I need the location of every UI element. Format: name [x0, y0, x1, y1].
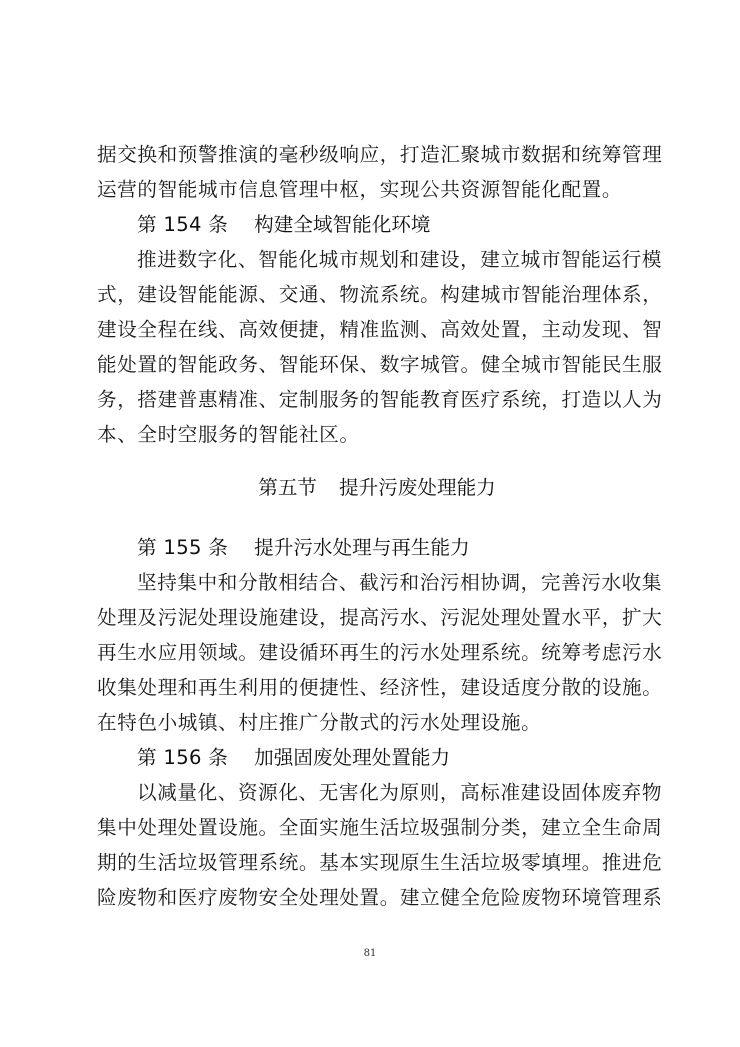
paragraph-line: 再生水应用领域。建设循环再生的污水处理系统。统筹考虑污水 [97, 635, 657, 670]
paragraph-line: 务，搭建普惠精准、定制服务的智能教育医疗系统，打造以人为 [97, 382, 657, 417]
article-title: 构建全域智能化环境 [254, 213, 430, 236]
article-number: 第 155 条 [137, 536, 228, 559]
paragraph-line: 推进数字化、智能化城市规划和建设，建立城市智能运行模 [137, 242, 657, 277]
paragraph-line: 运营的智能城市信息管理中枢，实现公共资源智能化配置。 [97, 172, 657, 207]
article-number: 第 156 条 [137, 746, 228, 769]
paragraph-line: 收集处理和再生利用的便捷性、经济性，建设适度分散的设施。 [97, 670, 657, 705]
article-title: 加强固废处理处置能力 [254, 746, 450, 769]
paragraph-line: 坚持集中和分散相结合、截污和治污相协调，完善污水收集 [137, 565, 657, 600]
paragraph-line: 在特色小城镇、村庄推广分散式的污水处理设施。 [97, 705, 657, 740]
paragraph-line: 以减量化、资源化、无害化为原则，高标准建设固体废弃物 [137, 775, 657, 810]
paragraph-line: 期的生活垃圾管理系统。基本实现原生生活垃圾零填埋。推进危 [97, 845, 657, 880]
article-number: 第 154 条 [137, 213, 228, 236]
paragraph-line: 能处置的智能政务、智能环保、数字城管。健全城市智能民生服 [97, 347, 657, 382]
article-heading-154: 第 154 条构建全域智能化环境 [137, 207, 431, 242]
paragraph-line: 处理及污泥处理设施建设，提高污水、污泥处理处置水平，扩大 [97, 600, 657, 635]
paragraph-line: 集中处理处置设施。全面实施生活垃圾强制分类，建立全生命周 [97, 810, 657, 845]
paragraph-line: 险废物和医疗废物安全处理处置。建立健全危险废物环境管理系 [97, 880, 657, 915]
paragraph-line: 本、全时空服务的智能社区。 [97, 417, 657, 452]
section-title: 提升污废处理能力 [339, 476, 496, 499]
paragraph-line: 式，建设智能能源、交通、物流系统。构建城市智能治理体系， [97, 277, 657, 312]
article-heading-155: 第 155 条提升污水处理与再生能力 [137, 530, 470, 565]
article-title: 提升污水处理与再生能力 [254, 536, 470, 559]
paragraph-line: 建设全程在线、高效便捷，精准监测、高效处置，主动发现、智 [97, 312, 657, 347]
page-number: 81 [0, 948, 740, 959]
paragraph-line: 据交换和预警推演的毫秒级响应，打造汇聚城市数据和统筹管理 [97, 137, 657, 172]
section-number: 第五节 [258, 476, 317, 499]
section-heading: 第五节提升污废处理能力 [97, 470, 657, 505]
article-heading-156: 第 156 条加强固废处理处置能力 [137, 740, 450, 775]
